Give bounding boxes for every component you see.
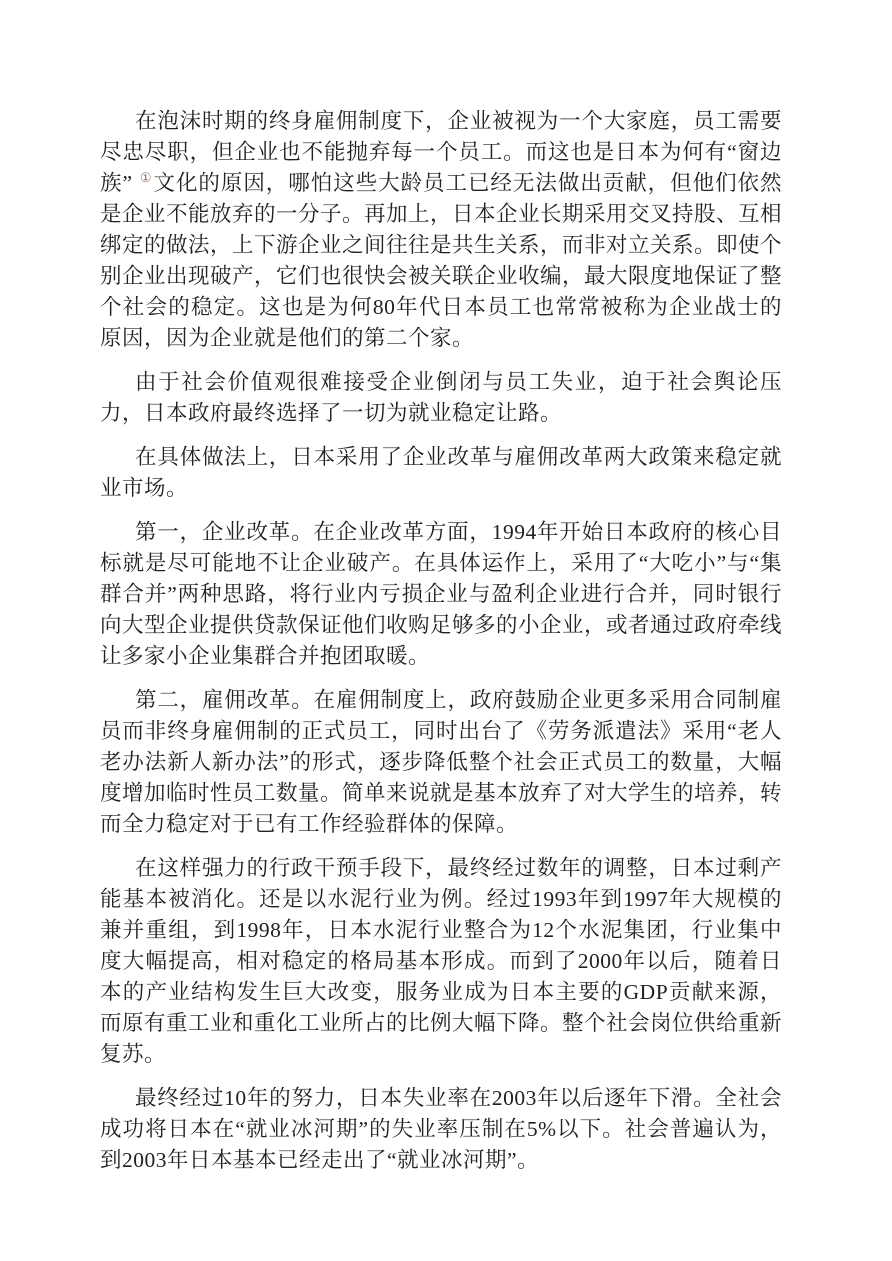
document-content: 在泡沫时期的终身雇佣制度下，企业被视为一个大家庭，员工需要尽忠尽职，但企业也不能… — [100, 106, 782, 1189]
paragraph: 在具体做法上，日本采用了企业改革与雇佣改革两大政策来稳定就业市场。 — [100, 442, 782, 504]
document-page: 在泡沫时期的终身雇佣制度下，企业被视为一个大家庭，员工需要尽忠尽职，但企业也不能… — [0, 0, 892, 1261]
paragraph: 由于社会价值观很难接受企业倒闭与员工失业，迫于社会舆论压力，日本政府最终选择了一… — [100, 367, 782, 429]
paragraph: 在泡沫时期的终身雇佣制度下，企业被视为一个大家庭，员工需要尽忠尽职，但企业也不能… — [100, 106, 782, 354]
paragraph: 最终经过10年的努力，日本失业率在2003年以后逐年下滑。全社会成功将日本在“就… — [100, 1083, 782, 1176]
paragraph: 第二，雇佣改革。在雇佣制度上，政府鼓励企业更多采用合同制雇员而非终身雇佣制的正式… — [100, 685, 782, 840]
footnote-marker-icon: ① — [140, 171, 152, 184]
paragraph: 第一，企业改革。在企业改革方面，1994年开始日本政府的核心目标就是尽可能地不让… — [100, 517, 782, 672]
paragraph: 在这样强力的行政干预手段下，最终经过数年的调整，日本过剩产能基本被消化。还是以水… — [100, 853, 782, 1070]
